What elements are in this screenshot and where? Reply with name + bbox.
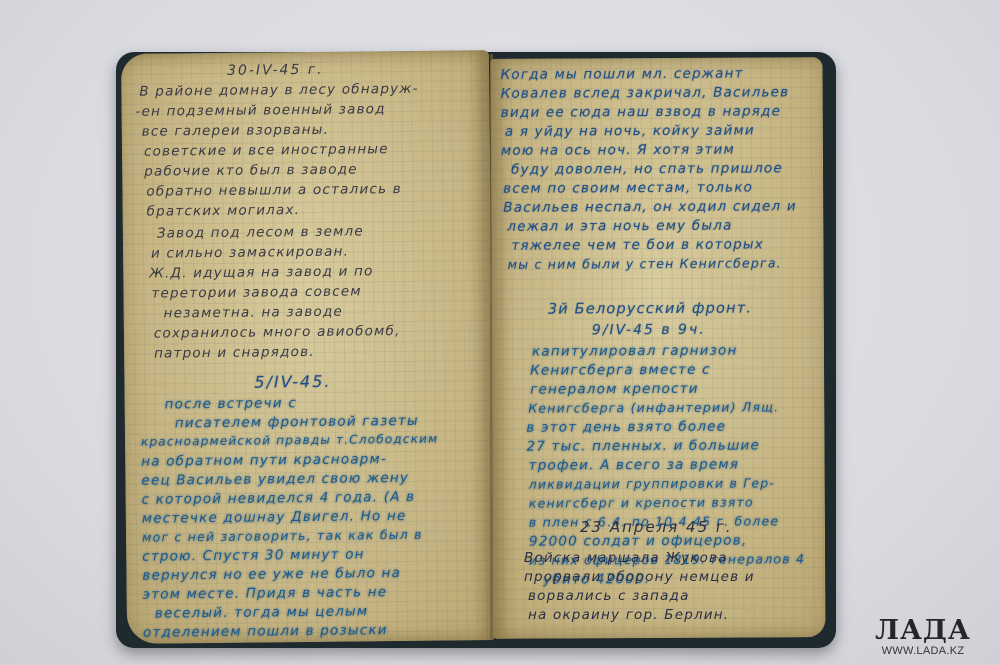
handwritten-line: рабочие кто был в заводе bbox=[144, 161, 358, 179]
handwritten-line: строю. Спустя 30 минут он bbox=[142, 546, 365, 564]
handwritten-line: патрон и снарядов. bbox=[154, 344, 315, 362]
handwritten-line: Когда мы пошли мл. сержант bbox=[501, 66, 744, 83]
handwritten-line: Кенигсберга вместе с bbox=[530, 362, 711, 379]
handwritten-line: веселый. тогда мы целым bbox=[155, 603, 369, 621]
handwritten-line: Войска маршала Жукова bbox=[524, 550, 728, 566]
handwritten-line: сохранилось много авиобомб, bbox=[154, 323, 401, 342]
open-notebook: 30-IV-45 г. В районе домнау в лесу обнар… bbox=[0, 0, 1000, 665]
right-page-bottom-date: 23 Апреля 45 г. bbox=[580, 518, 733, 536]
handwritten-line: Ковалев вслед закричал, Васильев bbox=[501, 84, 790, 102]
handwritten-line: мы с ним были у стен Кенигсберга. bbox=[508, 255, 782, 271]
handwritten-line: после встречи с bbox=[165, 395, 297, 412]
handwritten-line: ликвидации группировки в Гер- bbox=[529, 475, 775, 491]
handwritten-line: советские и все иностранные bbox=[144, 141, 389, 160]
handwritten-line: тяжелее чем те бои в которых bbox=[511, 236, 764, 253]
handwritten-line: теретории завода совсем bbox=[151, 283, 361, 301]
handwritten-line: этом месте. Придя в часть не bbox=[143, 584, 388, 603]
handwritten-line: прорвали оборону немцев и bbox=[524, 569, 755, 585]
left-page: 30-IV-45 г. В районе домнау в лесу обнар… bbox=[121, 50, 495, 644]
handwritten-line: обратно невышли а остались в bbox=[146, 181, 402, 200]
watermark-url: WWW.LADA.KZ bbox=[858, 645, 988, 657]
handwritten-line: В районе домнау в лесу обнаруж- bbox=[139, 81, 419, 100]
handwritten-line: на окраину гор. Берлин. bbox=[528, 607, 729, 623]
handwritten-line: отделением пошли в розыски bbox=[143, 622, 388, 641]
right-page-sub-heading: 9/IV-45 в 9ч. bbox=[592, 322, 706, 339]
handwritten-line: -ен подземный военный завод bbox=[135, 101, 385, 120]
handwritten-line: види ее сюда наш взвод в наряде bbox=[501, 103, 781, 120]
handwritten-line: на обратном пути красноарм- bbox=[141, 451, 387, 470]
handwritten-line: 27 тыс. пленных. и большие bbox=[526, 437, 760, 454]
handwritten-line: вернулся но ее уже не было на bbox=[142, 565, 401, 584]
handwritten-line: Ж.Д. идущая на завод и по bbox=[149, 263, 373, 281]
handwritten-line: а я уйду на ночь, койку займи bbox=[505, 122, 755, 139]
handwritten-line: генералом крепости bbox=[530, 381, 699, 398]
handwritten-line: местечке дошнау Двигел. Но не bbox=[142, 508, 407, 527]
handwritten-line: все галереи взорваны. bbox=[142, 122, 330, 140]
handwritten-line: и сильно замаскирован. bbox=[151, 244, 349, 262]
handwritten-line: трофеи. А всего за время bbox=[529, 457, 740, 474]
handwritten-line: в этот день взято более bbox=[526, 419, 726, 436]
handwritten-line: братских могилах. bbox=[146, 202, 300, 220]
handwritten-line: кенигсберг и крепости взято bbox=[529, 495, 754, 511]
handwritten-line: капитулировал гарнизон bbox=[532, 343, 738, 360]
handwritten-line: ворвались с запада bbox=[528, 588, 690, 604]
handwritten-line: красноармейской правды т.Слободским bbox=[141, 432, 439, 449]
handwritten-line: всем по своим местам, только bbox=[503, 179, 753, 196]
handwritten-line: буду доволен, но спать пришлое bbox=[511, 160, 783, 177]
handwritten-line: мою на ось ноч. Я хотя этим bbox=[501, 142, 735, 159]
watermark-logo: ЛАДА bbox=[858, 617, 988, 645]
handwritten-line: незаметна. на заводе bbox=[164, 304, 343, 322]
handwritten-line: с которой невиделся 4 года. (А в bbox=[142, 489, 416, 508]
left-page-date: 30-IV-45 г. bbox=[227, 62, 324, 79]
handwritten-line: Завод под лесом в земле bbox=[157, 223, 364, 241]
handwritten-line: Кенигсберга (инфантерии) Лящ. bbox=[528, 399, 779, 415]
handwritten-line: писателем фронтовой газеты bbox=[175, 413, 419, 432]
handwritten-line: мог с ней заговорить, так как был в bbox=[142, 527, 423, 545]
right-page-heading: 3й Белорусский фронт. bbox=[548, 301, 753, 318]
handwritten-line: Васильев неспал, он ходил сидел и bbox=[503, 198, 797, 216]
watermark: ЛАДА WWW.LADA.KZ bbox=[858, 617, 988, 657]
handwritten-line: еец Васильев увидел свою жену bbox=[141, 470, 409, 489]
handwritten-line: лежал и эта ночь ему была bbox=[507, 218, 732, 235]
left-page-second-date: 5/IV-45. bbox=[254, 372, 331, 392]
